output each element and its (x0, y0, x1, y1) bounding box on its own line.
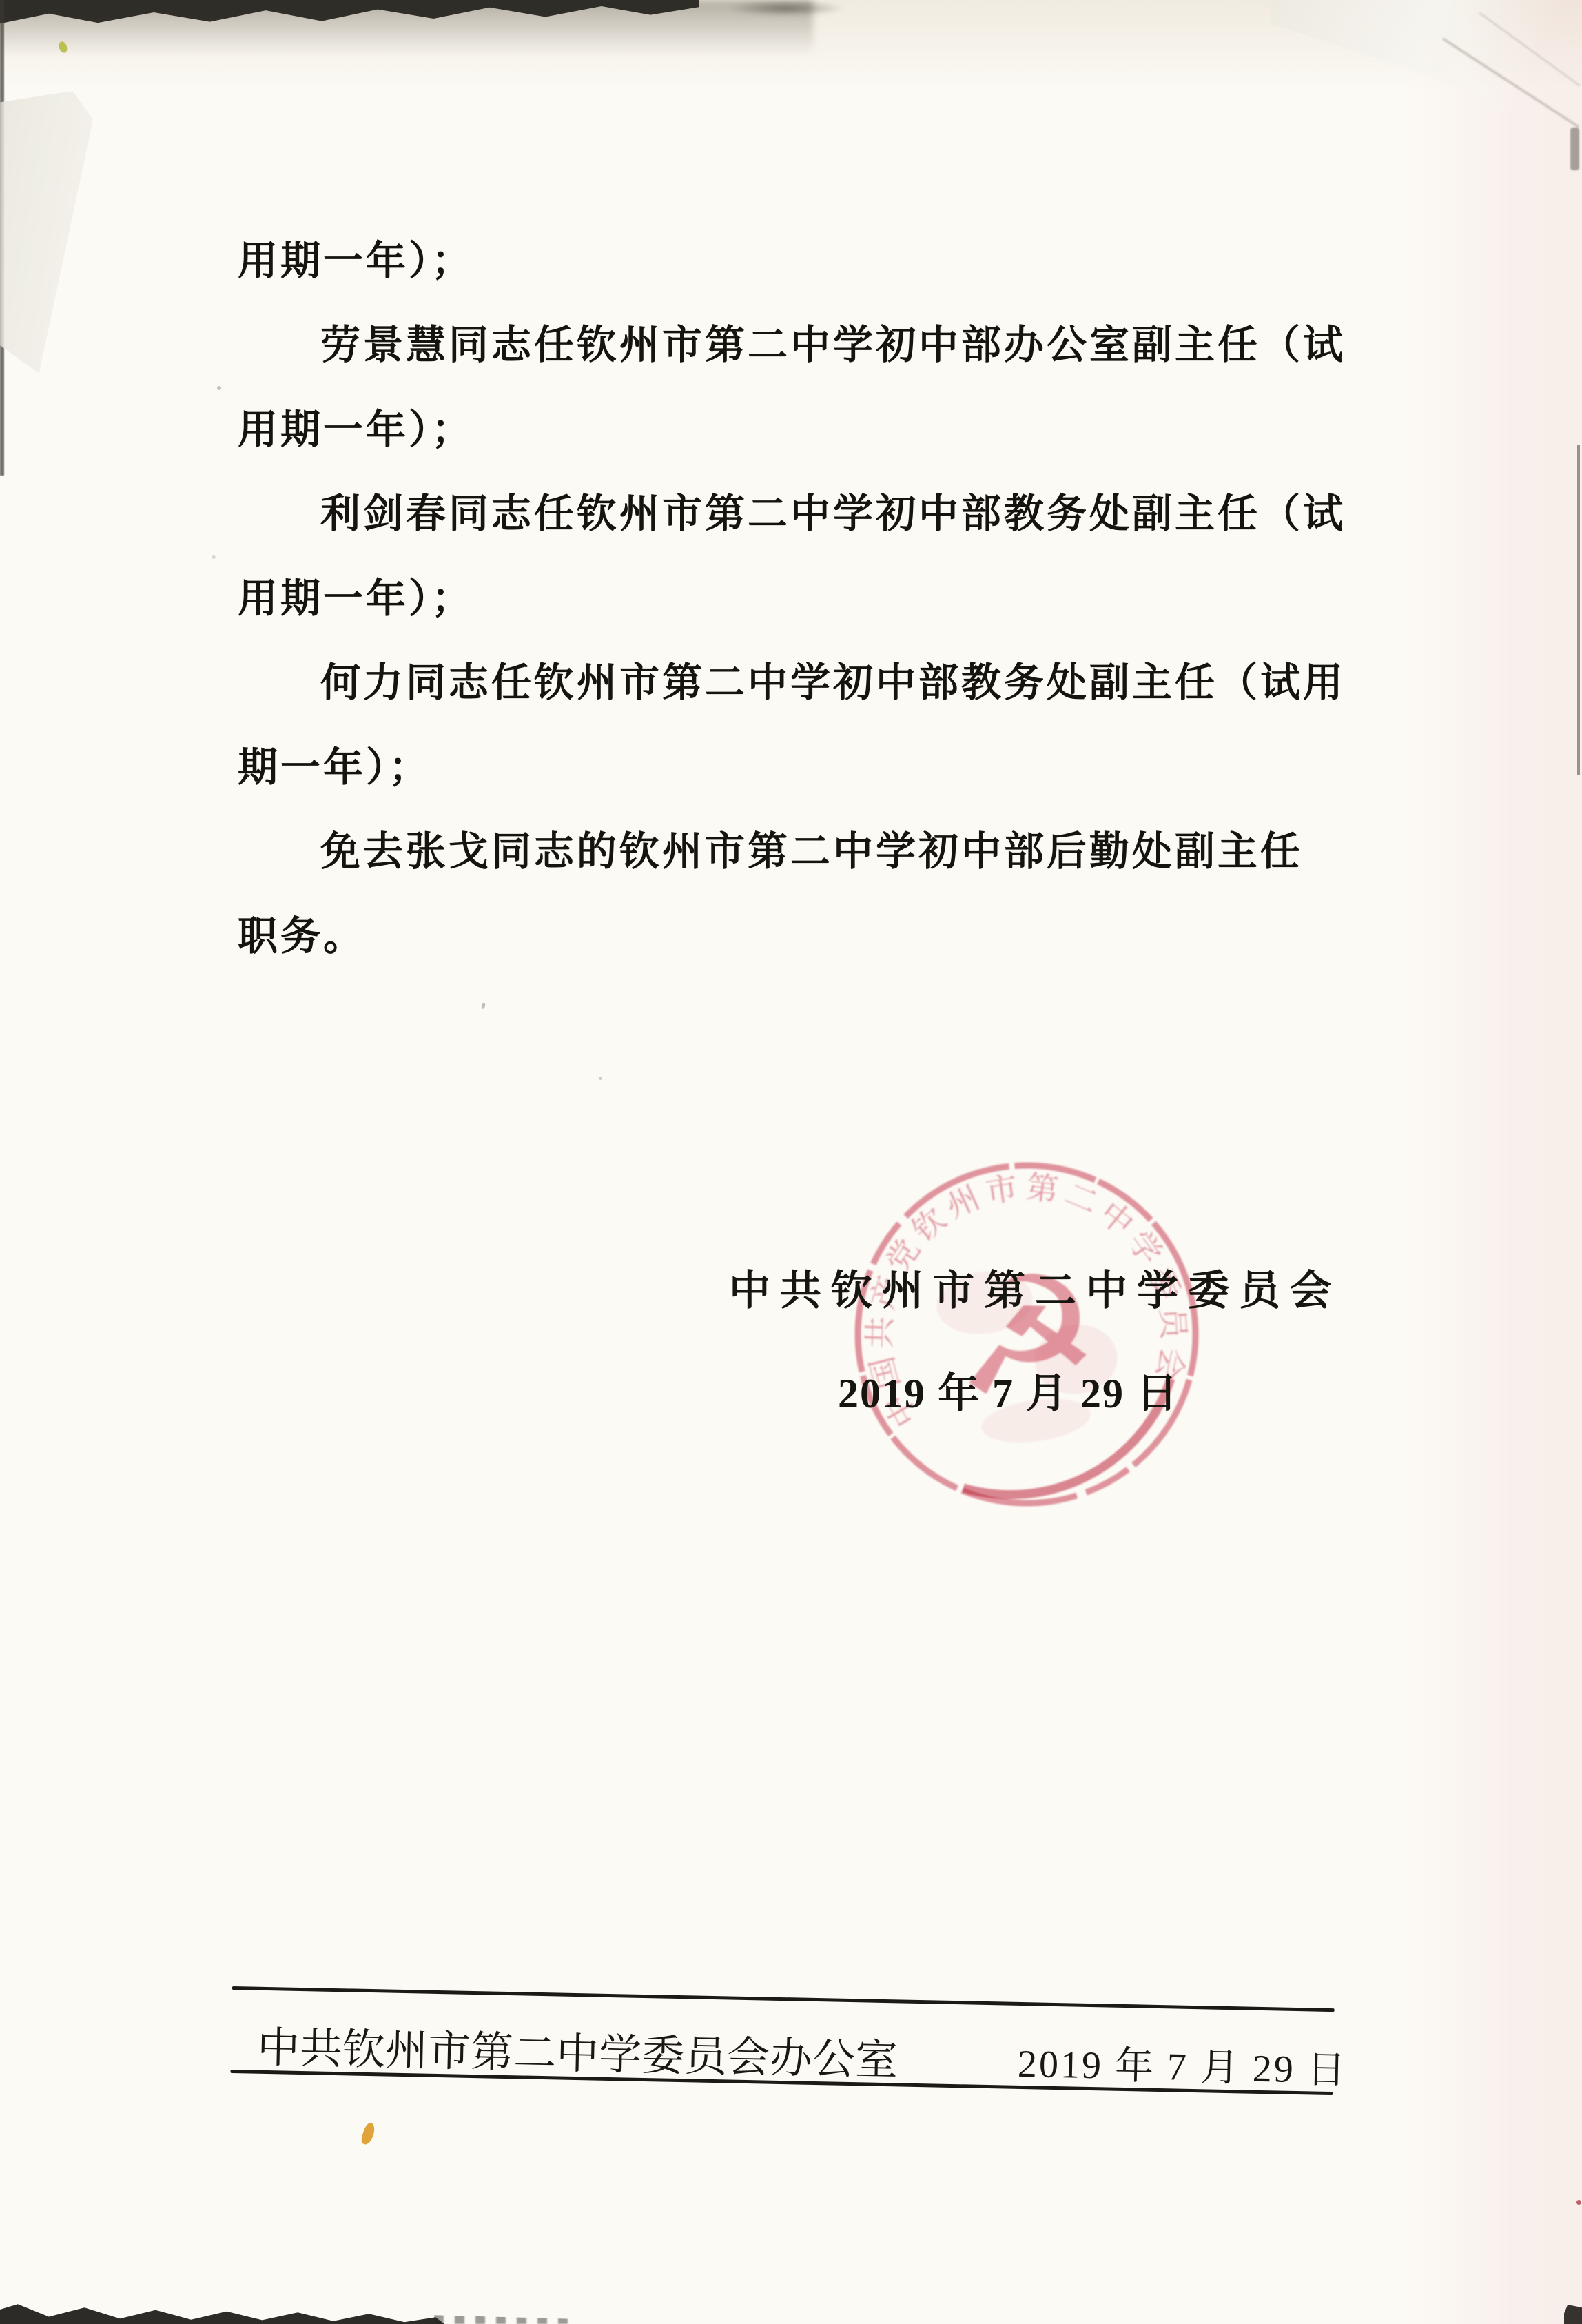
right-edge-line (1577, 445, 1580, 775)
body-line-1: 用期一年）； (238, 241, 474, 281)
top-edge-dark-artifact (0, 0, 699, 25)
bottom-right-corner-mark (1564, 2305, 1582, 2324)
top-right-streak (1479, 12, 1580, 86)
paper-speck (481, 1003, 486, 1010)
paper-speck (212, 555, 216, 559)
left-edge-line (0, 0, 4, 476)
bottom-edge-speckle (434, 2313, 572, 2324)
top-paper-tint (0, 0, 1582, 90)
right-edge-mark (1570, 128, 1579, 170)
signature-date: 2019 年 7 月 29 日 (838, 1373, 1179, 1414)
left-grey-wedge (0, 91, 93, 374)
top-scan-shadow (0, 0, 813, 65)
bottom-left-edge-fringe (0, 2300, 444, 2324)
footer-top-rule (232, 1986, 1335, 2012)
document-footer: 中共钦州市第二中学委员会办公室 2019 年 7 月 29 日 (230, 1986, 1336, 2098)
body-line-5: 用期一年）； (238, 579, 474, 619)
body-line-2: 劳景慧同志任钦州市第二中学初中部办公室副主任（试 (320, 325, 1346, 365)
yellow-speck (58, 41, 69, 54)
top-center-smudge (727, 0, 844, 17)
top-right-tape-artifact (1271, 0, 1582, 148)
footer-date: 2019 年 7 月 29 日 (1017, 2045, 1348, 2090)
right-edge-pink-tint (1403, 0, 1582, 2324)
body-line-4: 利剑春同志任钦州市第二中学初中部教务处副主任（试 (320, 494, 1346, 534)
body-line-3: 用期一年）； (238, 410, 474, 450)
body-line-8: 免去张戈同志的钦州市第二中学初中部后勤处副主任 (320, 832, 1303, 872)
body-line-7: 期一年）； (238, 748, 431, 788)
right-edge-red-dot (1576, 2200, 1581, 2205)
body-line-9: 职务。 (238, 917, 366, 957)
paper-speck (599, 1077, 602, 1080)
signature-committee: 中共钦州市第二中学委员会 (729, 1270, 1341, 1312)
scanned-document-page: 用期一年）； 劳景慧同志任钦州市第二中学初中部办公室副主任（试 用期一年）； 利… (0, 0, 1582, 2324)
top-right-streak (1442, 37, 1579, 128)
paper-speck (217, 386, 221, 390)
orange-pen-mark (360, 2121, 376, 2145)
official-red-seal: 中国共产党钦州市第二中学委员会 ☭ (829, 1136, 1224, 1532)
body-line-6: 何力同志任钦州市第二中学初中部教务处副主任（试用 (320, 663, 1346, 703)
